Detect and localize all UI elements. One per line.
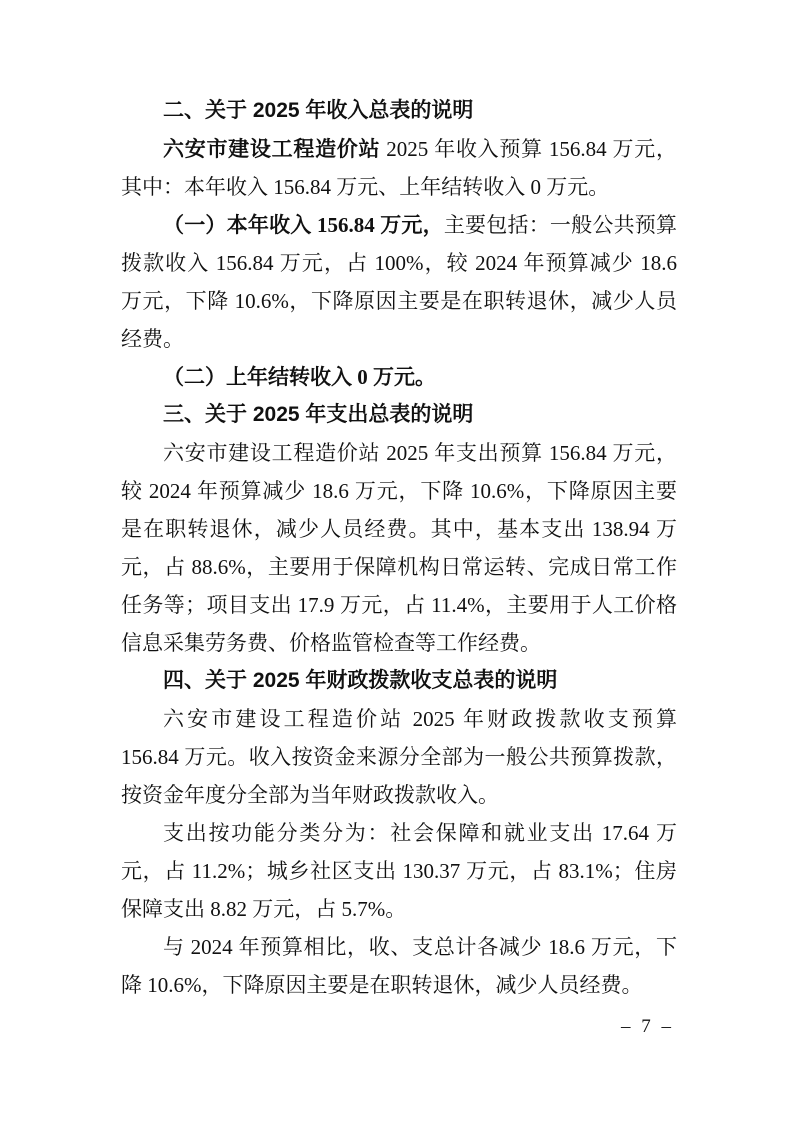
subitem-label-bold: （一）本年收入 156.84 万元， (163, 213, 444, 237)
document-page: 二、关于 2025 年收入总表的说明 六安市建设工程造价站 2025 年收入预算… (0, 0, 793, 1122)
page-number: – 7 – (621, 1016, 674, 1038)
document-body: 二、关于 2025 年收入总表的说明 六安市建设工程造价站 2025 年收入预算… (121, 92, 677, 1004)
expenditure-summary-paragraph: 六安市建设工程造价站 2025 年支出预算 156.84 万元，较 2024 年… (121, 434, 677, 662)
section-4-heading: 四、关于 2025 年财政拨款收支总表的说明 (121, 662, 677, 700)
fiscal-appropriation-paragraph: 六安市建设工程造价站 2025 年财政拨款收支预算 156.84 万元。收入按资… (121, 700, 677, 814)
section-3-heading: 三、关于 2025 年支出总表的说明 (121, 396, 677, 434)
carryover-income-paragraph: （二）上年结转收入 0 万元。 (121, 358, 677, 396)
subitem-label-bold: （二）上年结转收入 0 万元。 (163, 365, 436, 389)
paragraph-text: 六安市建设工程造价站 2025 年支出预算 156.84 万元，较 2024 年… (121, 441, 677, 655)
current-year-income-paragraph: （一）本年收入 156.84 万元，主要包括：一般公共预算拨款收入 156.84… (121, 206, 677, 358)
income-summary-paragraph: 六安市建设工程造价站 2025 年收入预算 156.84 万元，其中：本年收入 … (121, 130, 677, 206)
heading-text: 四、关于 2025 年财政拨款收支总表的说明 (163, 669, 557, 692)
heading-text: 三、关于 2025 年支出总表的说明 (163, 403, 473, 426)
paragraph-text: 六安市建设工程造价站 2025 年财政拨款收支预算 156.84 万元。收入按资… (121, 707, 677, 807)
paragraph-text: 与 2024 年预算相比，收、支总计各减少 18.6 万元，下降 10.6%，下… (121, 935, 677, 997)
paragraph-text: 支出按功能分类分为：社会保障和就业支出 17.64 万元，占 11.2%；城乡社… (121, 821, 677, 921)
comparison-2024-paragraph: 与 2024 年预算相比，收、支总计各减少 18.6 万元，下降 10.6%，下… (121, 928, 677, 1004)
heading-text: 二、关于 2025 年收入总表的说明 (163, 99, 473, 122)
expenditure-by-function-paragraph: 支出按功能分类分为：社会保障和就业支出 17.64 万元，占 11.2%；城乡社… (121, 814, 677, 928)
org-name-bold: 六安市建设工程造价站 (163, 137, 380, 161)
section-2-heading: 二、关于 2025 年收入总表的说明 (121, 92, 677, 130)
